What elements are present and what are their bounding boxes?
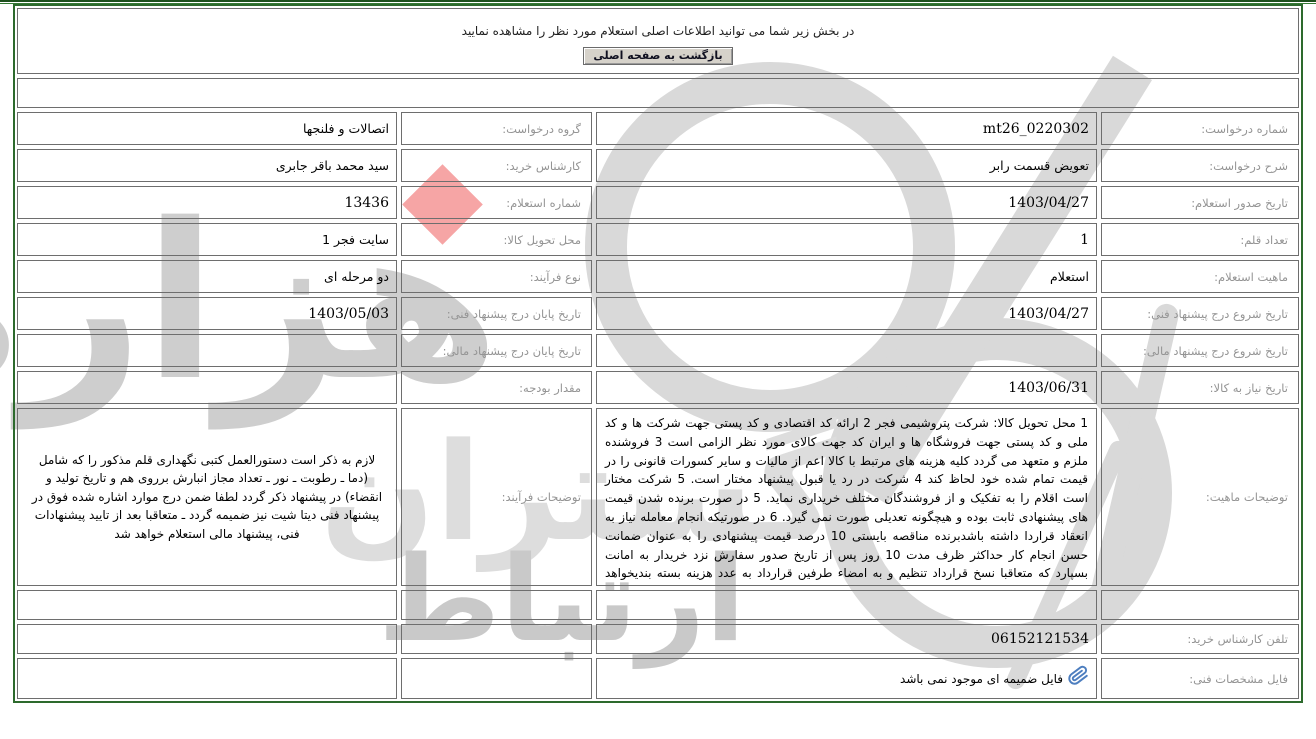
field-label-right: توضیحات ماهیت: (1101, 408, 1299, 586)
field-label-right: تاریخ نیاز به کالا: (1101, 371, 1299, 404)
field-value-main: استعلام (596, 260, 1097, 293)
info-grid: شماره درخواست:mt26_0220302گروه درخواست:ا… (17, 112, 1299, 699)
field-label-mid: مقدار بودجه: (401, 371, 592, 404)
spacer-row (17, 78, 1299, 108)
field-label-right: تاریخ شروع درج پیشنهاد مالی: (1101, 334, 1299, 367)
attachment-text: فایل ضمیمه ای موجود نمی باشد (900, 672, 1063, 686)
field-label-mid: محل تحویل کالا: (401, 223, 592, 256)
field-label-right: شرح درخواست: (1101, 149, 1299, 182)
field-value-main: 1403/06/31 (596, 371, 1097, 404)
field-label-mid: گروه درخواست: (401, 112, 592, 145)
field-value-main (596, 334, 1097, 367)
intro-text: در بخش زیر شما می توانید اطلاعات اصلی اس… (18, 24, 1298, 38)
field-label-right: تاریخ شروع درج پیشنهاد فنی: (1101, 297, 1299, 330)
back-button[interactable]: بازگشت به صفحه اصلی (583, 47, 732, 65)
field-value-main (596, 590, 1097, 620)
field-value-left: 1403/05/03 (17, 297, 397, 330)
field-value-main: تعویض قسمت رابر (596, 149, 1097, 182)
paperclip-icon (1067, 663, 1091, 689)
field-label-mid (401, 658, 592, 699)
field-label-mid: نوع فرآیند: (401, 260, 592, 293)
field-value-left: سید محمد باقر جابری (17, 149, 397, 182)
field-value-main: 1403/04/27 (596, 297, 1097, 330)
field-value-left (17, 371, 397, 404)
field-label-right: ماهیت استعلام: (1101, 260, 1299, 293)
field-label-right: فایل مشخصات فنی: (1101, 658, 1299, 699)
field-label-mid: تاریخ پایان درج پیشنهاد مالی: (401, 334, 592, 367)
field-label-mid (401, 624, 592, 654)
field-label-right: تاریخ صدور استعلام: (1101, 186, 1299, 219)
field-label-mid: شماره استعلام: (401, 186, 592, 219)
field-value-left: لازم به ذکر است دستورالعمل کتبی نگهداری … (17, 408, 397, 586)
field-label-mid: توضیحات فرآیند: (401, 408, 592, 586)
field-value-main: فایل ضمیمه ای موجود نمی باشد (596, 658, 1097, 699)
field-label-mid: کارشناس خرید: (401, 149, 592, 182)
field-value-left (17, 590, 397, 620)
field-value-left (17, 334, 397, 367)
field-label-mid: تاریخ پایان درج پیشنهاد فنی: (401, 297, 592, 330)
field-label-right: تلفن کارشناس خرید: (1101, 624, 1299, 654)
field-value-main: mt26_0220302 (596, 112, 1097, 145)
main-frame: در بخش زیر شما می توانید اطلاعات اصلی اس… (13, 4, 1303, 703)
field-value-main: 1 محل تحویل کالا: شرکت پتروشیمی فجر 2 ار… (596, 408, 1097, 586)
header-cell: در بخش زیر شما می توانید اطلاعات اصلی اس… (17, 8, 1299, 74)
field-value-left (17, 624, 397, 654)
field-value-left: دو مرحله ای (17, 260, 397, 293)
field-value-main: 06152121534 (596, 624, 1097, 654)
field-value-main: 1403/04/27 (596, 186, 1097, 219)
field-value-main: 1 (596, 223, 1097, 256)
field-label-right: شماره درخواست: (1101, 112, 1299, 145)
field-label-right: تعداد قلم: (1101, 223, 1299, 256)
field-label-right (1101, 590, 1299, 620)
field-value-left: اتصالات و فلنجها (17, 112, 397, 145)
field-value-left: 13436 (17, 186, 397, 219)
field-value-left (17, 658, 397, 699)
field-label-mid (401, 590, 592, 620)
field-value-left: سایت فجر 1 (17, 223, 397, 256)
